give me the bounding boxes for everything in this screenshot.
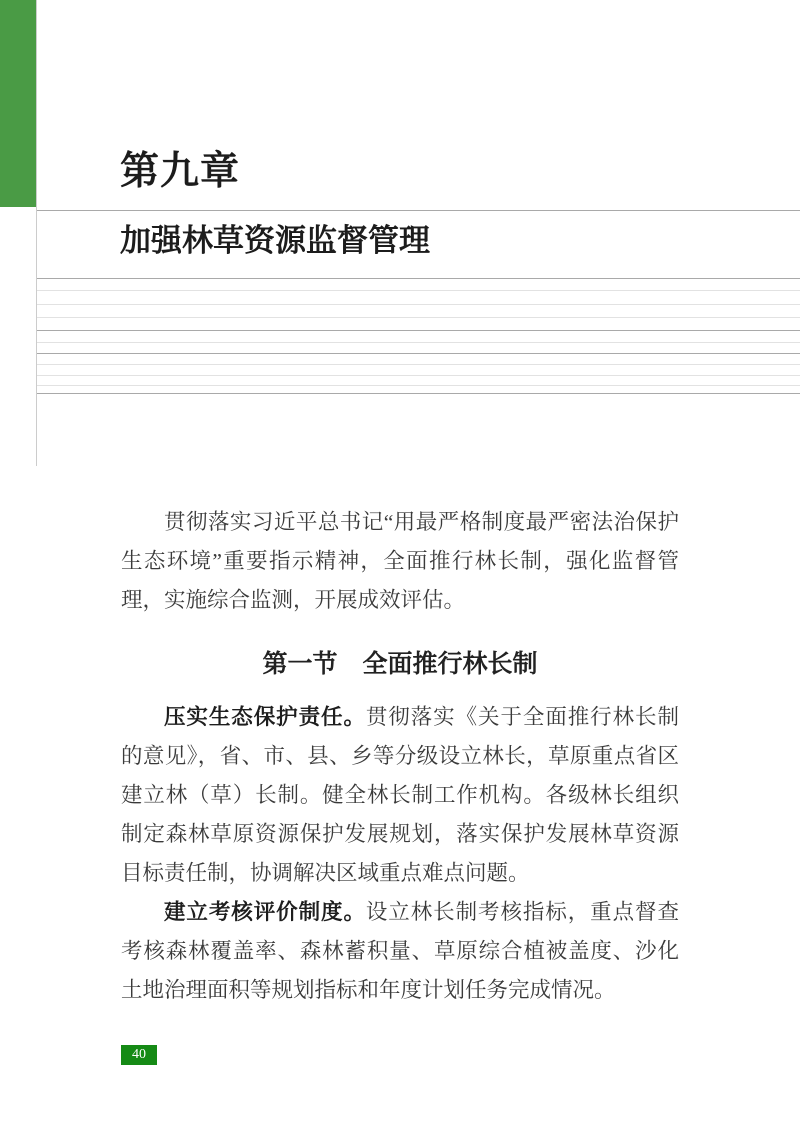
ruled-line	[37, 304, 800, 305]
chapter-title: 加强林草资源监督管理	[120, 218, 430, 264]
ruled-line	[37, 353, 800, 354]
ruled-line	[37, 330, 800, 331]
page-number-badge: 40	[121, 1045, 157, 1065]
green-accent-bar	[0, 0, 36, 207]
document-page: 第九章 加强林草资源监督管理 贯彻落实习近平总书记“用最严格制度最严密法治保护生…	[0, 0, 800, 1131]
left-margin-rule	[36, 0, 37, 466]
chapter-number: 第九章	[120, 148, 240, 196]
paragraph-text: 贯彻落实《关于全面推行林长制的意见》，省、市、县、乡等分级设立林长，草原重点省区…	[121, 705, 679, 885]
ruled-line	[37, 278, 800, 279]
ruled-line	[37, 364, 800, 365]
paragraph-assessment: 建立考核评价制度。设立林长制考核指标，重点督查考核森林覆盖率、森林蓄积量、草原综…	[121, 893, 679, 1010]
ruled-line	[37, 375, 800, 376]
paragraph-responsibility: 压实生态保护责任。贯彻落实《关于全面推行林长制的意见》，省、市、县、乡等分级设立…	[121, 698, 679, 893]
ruled-line	[37, 210, 800, 211]
intro-paragraph: 贯彻落实习近平总书记“用最严格制度最严密法治保护生态环境”重要指示精神，全面推行…	[121, 503, 679, 620]
ruled-line	[37, 290, 800, 291]
section-body: 压实生态保护责任。贯彻落实《关于全面推行林长制的意见》，省、市、县、乡等分级设立…	[121, 698, 679, 1010]
ruled-line	[37, 385, 800, 386]
paragraph-lead: 建立考核评价制度。	[164, 900, 366, 924]
ruled-line	[37, 393, 800, 394]
ruled-line	[37, 342, 800, 343]
section-heading: 第一节 全面推行林长制	[121, 648, 679, 680]
paragraph-lead: 压实生态保护责任。	[164, 705, 366, 729]
ruled-line	[37, 317, 800, 318]
